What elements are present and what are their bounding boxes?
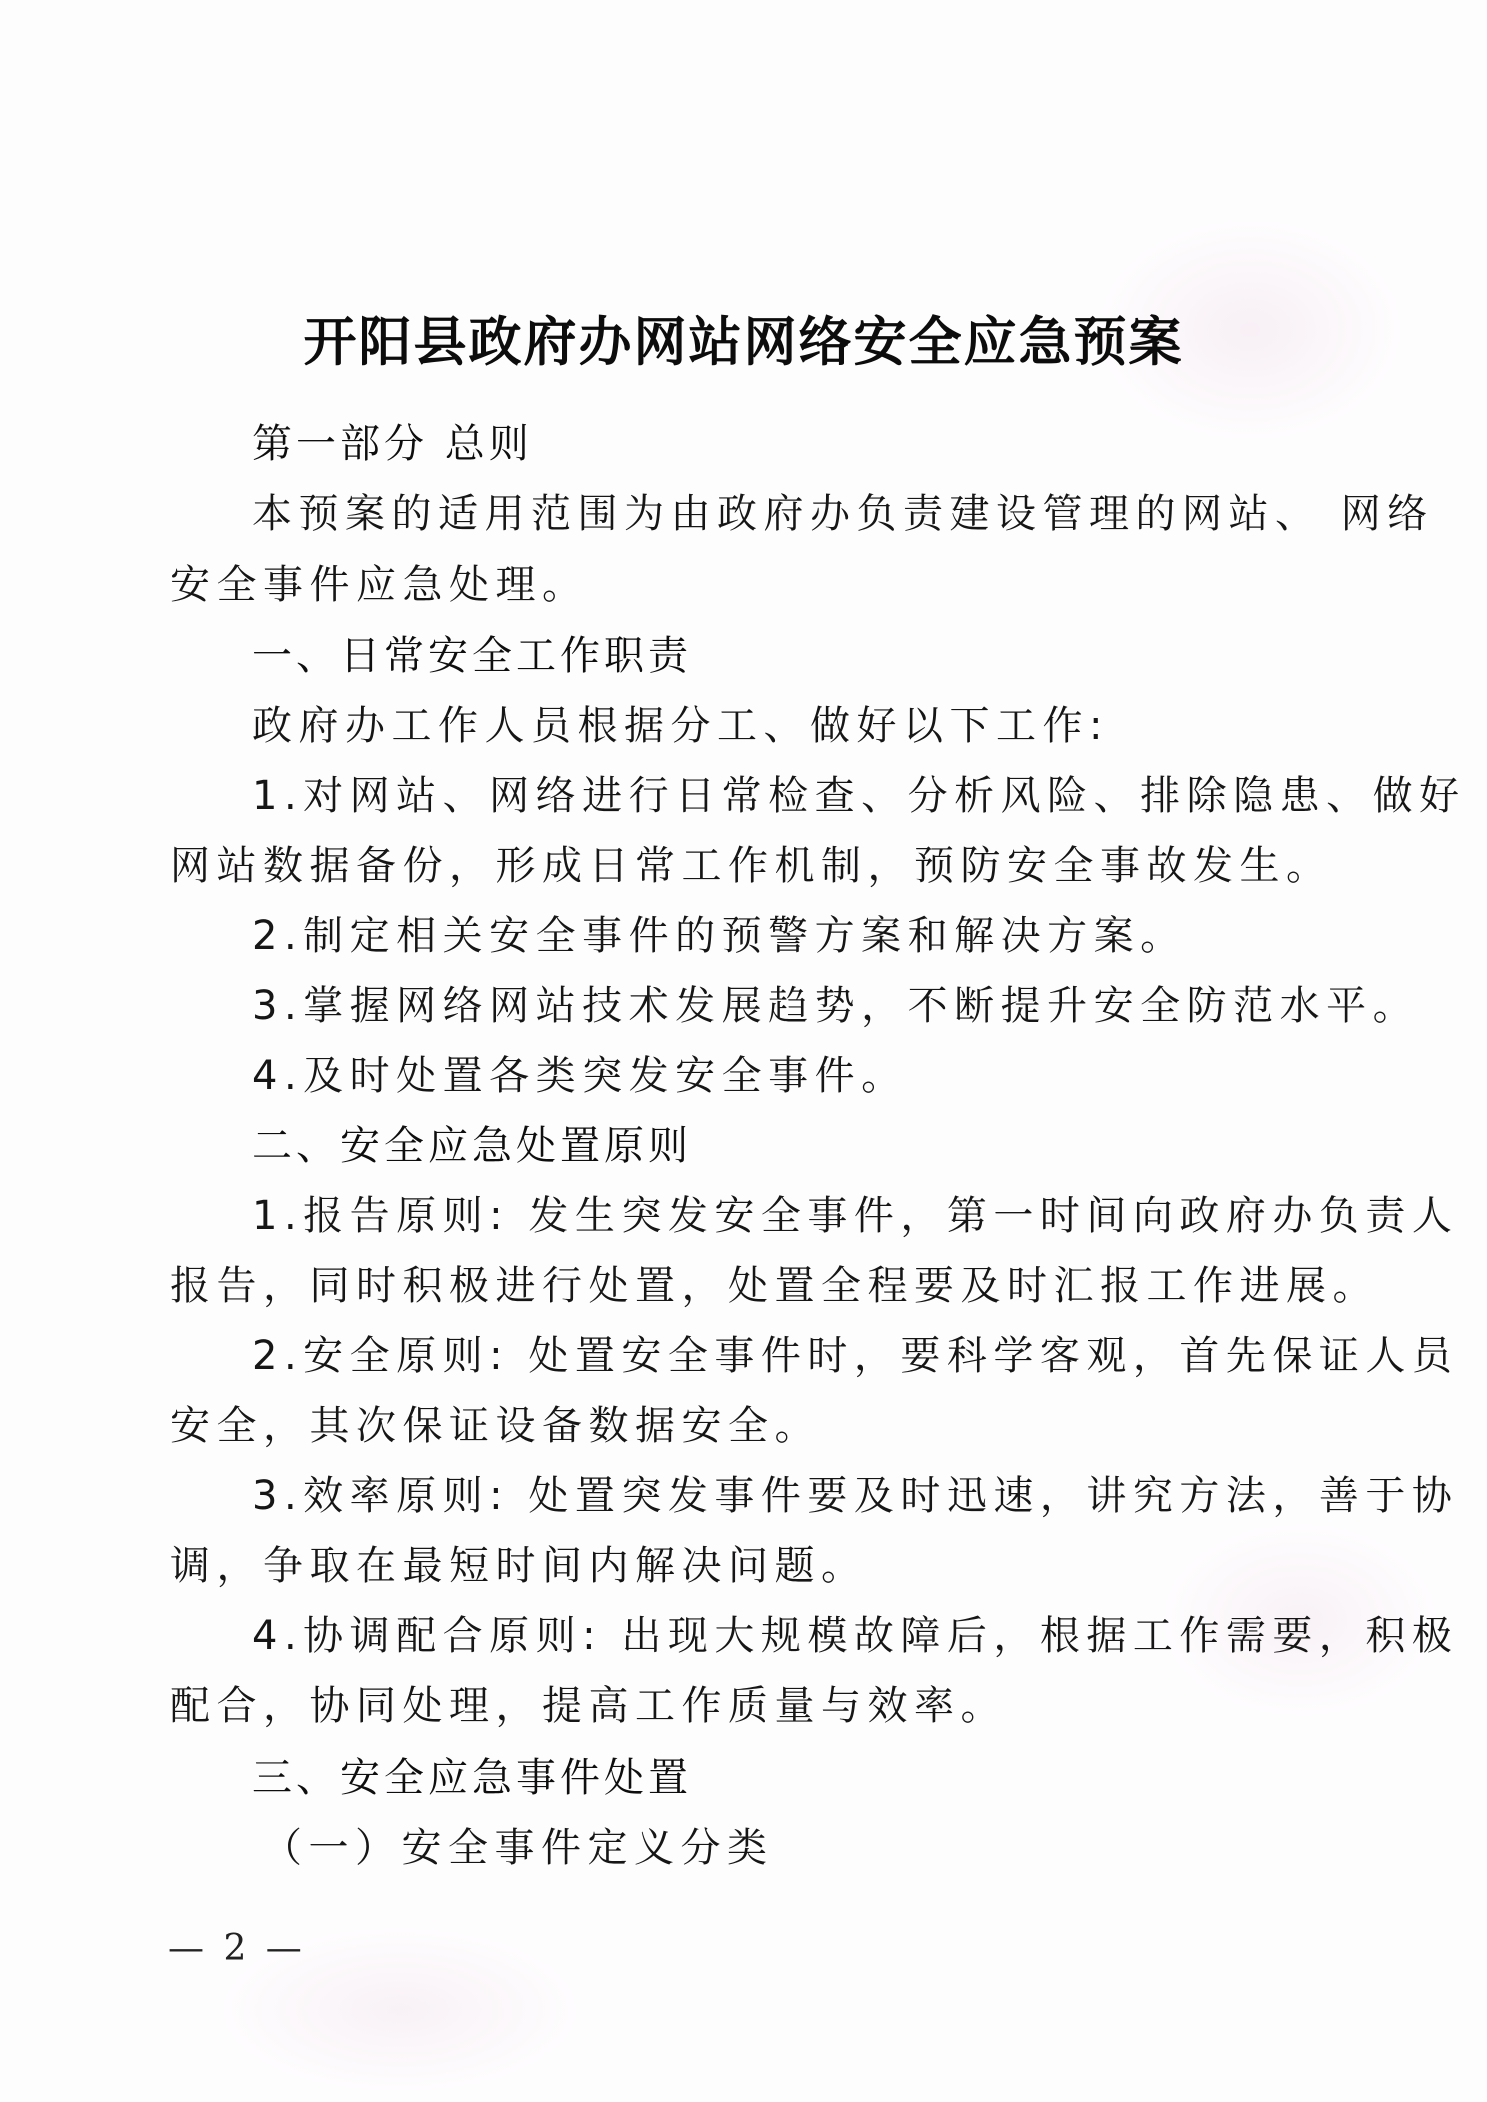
section-1-item-2: 2.制定相关安全事件的预警方案和解决方案。 xyxy=(252,904,1187,961)
page-number: — 2 — xyxy=(168,1928,306,1969)
section-1-item-1-line-1: 1.对网站、网络进行日常检查、分析风险、排除隐患、做好 xyxy=(252,764,1466,821)
section-2-item-1-line-1: 1.报告原则: 发生突发安全事件，第一时间向政府办负责人 xyxy=(252,1184,1458,1241)
section-1-item-3: 3.掌握网络网站技术发展趋势，不断提升安全防范水平。 xyxy=(252,974,1419,1031)
section-2-item-2-line-1: 2.安全原则: 处置安全事件时，要科学客观，首先保证人员 xyxy=(252,1324,1458,1381)
section-3-heading: 三、安全应急事件处置 xyxy=(252,1746,692,1803)
section-2-item-1-line-2: 报告，同时积极进行处置，处置全程要及时汇报工作进展。 xyxy=(170,1254,1379,1311)
document-page: 开阳县政府办网站网络安全应急预案 第一部分 总则 本预案的适用范围为由政府办负责… xyxy=(0,0,1487,2102)
section-2-heading: 二、安全应急处置原则 xyxy=(252,1114,692,1171)
intro-line-2: 安全事件应急处理。 xyxy=(170,553,589,610)
section-3-subheading-1: （一）安全事件定义分类 xyxy=(262,1816,774,1873)
section-1-item-1-line-2: 网站数据备份，形成日常工作机制，预防安全事故发生。 xyxy=(170,834,1333,891)
section-1-lead: 政府办工作人员根据分工、做好以下工作: xyxy=(252,694,1109,751)
section-2-item-4-line-1: 4.协调配合原则: 出现大规模故障后，根据工作需要，积极 xyxy=(252,1604,1458,1661)
section-1-heading: 一、日常安全工作职责 xyxy=(252,624,692,681)
section-2-item-2-line-2: 安全，其次保证设备数据安全。 xyxy=(170,1394,821,1451)
section-2-item-3-line-1: 3.效率原则: 处置突发事件要及时迅速，讲究方法，善于协 xyxy=(252,1464,1458,1521)
part-heading: 第一部分 总则 xyxy=(252,412,533,469)
section-1-item-4: 4.及时处置各类突发安全事件。 xyxy=(252,1044,908,1101)
section-2-item-4-line-2: 配合，协同处理，提高工作质量与效率。 xyxy=(170,1674,1007,1731)
document-title: 开阳县政府办网站网络安全应急预案 xyxy=(0,300,1487,376)
section-2-item-3-line-2: 调，争取在最短时间内解决问题。 xyxy=(170,1534,868,1591)
intro-line-1: 本预案的适用范围为由政府办负责建设管理的网站、 网络 xyxy=(252,482,1434,539)
